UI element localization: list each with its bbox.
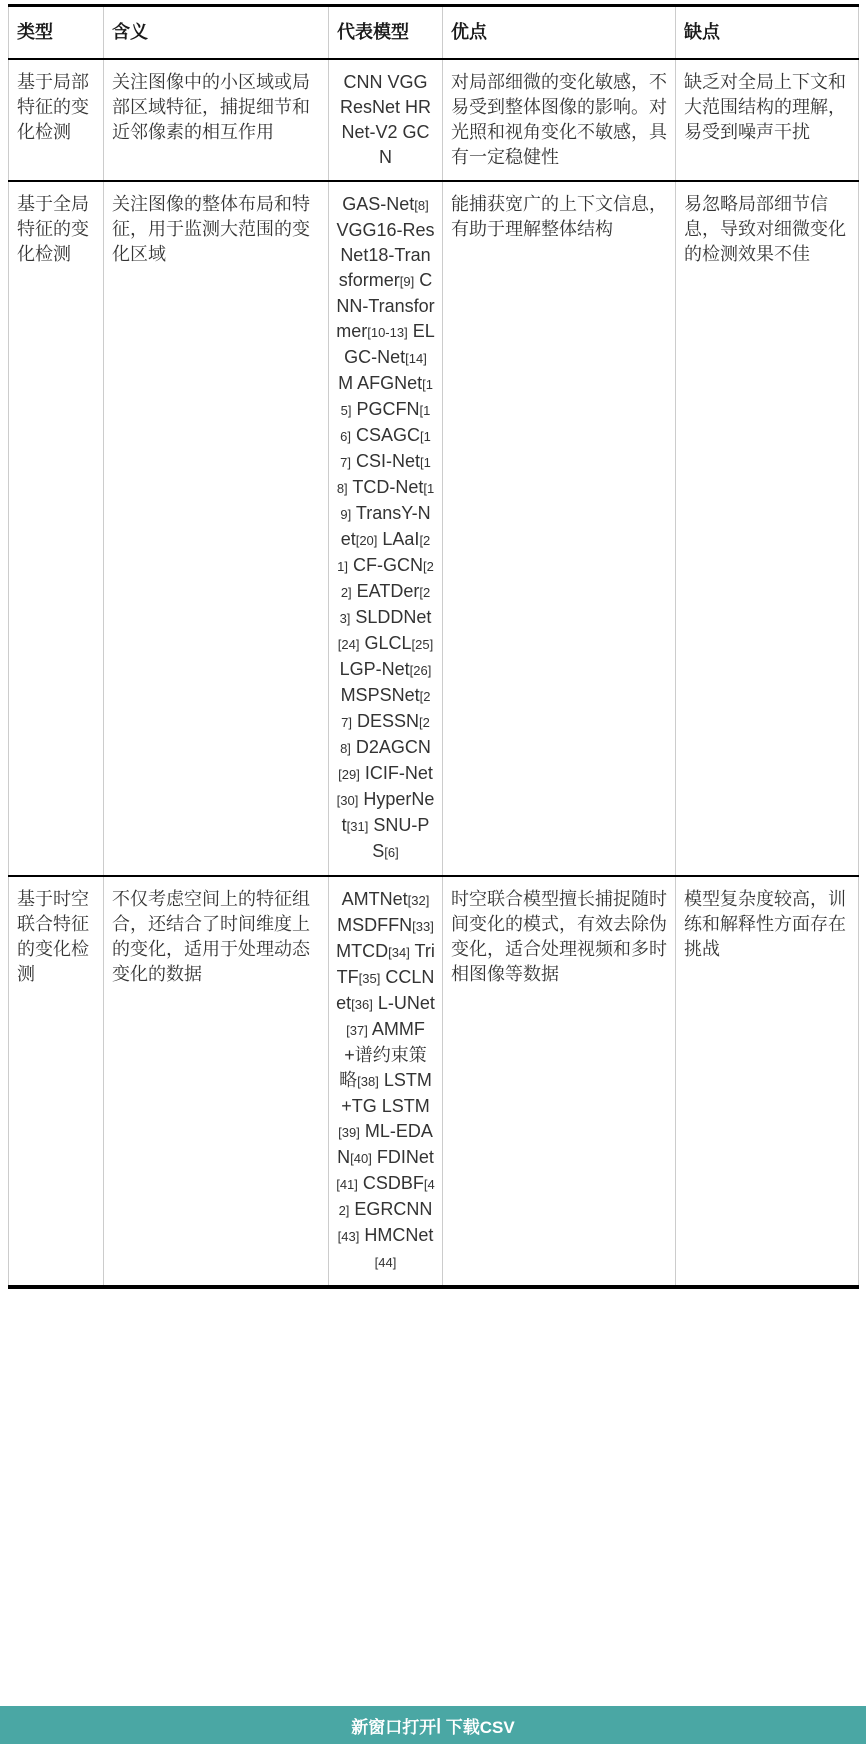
citation-ref: [37] xyxy=(346,1023,368,1038)
citation-ref: [20] xyxy=(356,533,378,548)
column-header-models: 代表模型 xyxy=(329,6,443,60)
citation-ref: [39] xyxy=(338,1125,360,1140)
table-container: 类型 含义 代表模型 优点 缺点 基于局部特征的变化检测关注图像中的小区域或局部… xyxy=(8,4,858,1289)
table-body: 基于局部特征的变化检测关注图像中的小区域或局部区域特征，捕捉细节和近邻像素的相互… xyxy=(9,59,859,1287)
column-header-type: 类型 xyxy=(9,6,104,60)
type-cell: 基于全局特征的变化检测 xyxy=(9,181,104,876)
citation-ref: [43] xyxy=(338,1229,360,1244)
citation-ref: [40] xyxy=(350,1151,372,1166)
table-row: 基于局部特征的变化检测关注图像中的小区域或局部区域特征，捕捉细节和近邻像素的相互… xyxy=(9,59,859,181)
citation-ref: [28] xyxy=(340,715,430,756)
models-cell: GAS-Net[8] VGG16-Res Net18-Transformer[9… xyxy=(329,181,443,876)
meaning-cell: 不仅考虑空间上的特征组合，还结合了时间维度上的变化，适用于处理动态变化的数据 xyxy=(104,876,329,1287)
citation-ref: [19] xyxy=(340,481,434,522)
citation-ref: [24] xyxy=(338,637,360,652)
citation-ref: [27] xyxy=(341,689,430,730)
advantages-cell: 能捕获宽广的上下文信息，有助于理解整体结构 xyxy=(443,181,676,876)
advantages-cell: 对局部细微的变化敏感，不易受到整体图像的影响。对光照和视角变化不敏感，具有一定稳… xyxy=(443,59,676,181)
citation-ref: [31] xyxy=(347,819,369,834)
table-row: 基于时空联合特征的变化检测不仅考虑空间上的特征组合，还结合了时间维度上的变化，适… xyxy=(9,876,859,1287)
meaning-cell: 关注图像的整体布局和特征，用于监测大范围的变化区域 xyxy=(104,181,329,876)
citation-ref: [23] xyxy=(340,585,431,626)
citation-ref: [16] xyxy=(340,403,430,444)
models-cell: AMTNet[32] MSDFFN[33] MTCD[34] TriTF[35]… xyxy=(329,876,443,1287)
citation-ref: [14] xyxy=(405,351,427,366)
models-cell: CNN VGG ResNet HRNet-V2 GCN xyxy=(329,59,443,181)
disadvantages-cell: 缺乏对全局上下文和大范围结构的理解，易受到噪声干扰 xyxy=(676,59,859,181)
citation-ref: [10-13] xyxy=(367,325,407,340)
meaning-cell: 关注图像中的小区域或局部区域特征，捕捉细节和近邻像素的相互作用 xyxy=(104,59,329,181)
citation-ref: [8] xyxy=(414,198,428,213)
disadvantages-cell: 易忽略局部细节信息，导致对细微变化的检测效果不佳 xyxy=(676,181,859,876)
citation-ref: [38] xyxy=(357,1074,379,1089)
advantages-cell: 时空联合模型擅长捕捉随时间变化的模式，有效去除伪变化，适合处理视频和多时相图像等… xyxy=(443,876,676,1287)
citation-ref: [30] xyxy=(337,793,359,808)
citation-ref: [44] xyxy=(375,1255,397,1270)
header-row: 类型 含义 代表模型 优点 缺点 xyxy=(9,6,859,60)
citation-ref: [29] xyxy=(338,767,360,782)
column-header-meaning: 含义 xyxy=(104,6,329,60)
citation-ref: [34] xyxy=(388,945,410,960)
citation-ref: [17] xyxy=(340,429,431,470)
citation-ref: [18] xyxy=(337,455,431,496)
table-header: 类型 含义 代表模型 优点 缺点 xyxy=(9,6,859,60)
citation-ref: [25] xyxy=(412,637,434,652)
citation-ref: [26] xyxy=(410,663,432,678)
citation-ref: [41] xyxy=(336,1177,358,1192)
open-new-window-link[interactable]: 新窗口打开 xyxy=(351,1713,436,1738)
column-header-advantages: 优点 xyxy=(443,6,676,60)
citation-ref: [35] xyxy=(359,971,381,986)
table-row: 基于全局特征的变化检测关注图像的整体布局和特征，用于监测大范围的变化区域GAS-… xyxy=(9,181,859,876)
footer-separator: | xyxy=(436,1715,445,1735)
download-csv-link[interactable]: 下载CSV xyxy=(446,1713,515,1738)
citation-ref: [6] xyxy=(384,845,398,860)
column-header-disadvantages: 缺点 xyxy=(676,6,859,60)
citation-ref: [9] xyxy=(400,274,414,289)
citation-ref: [32] xyxy=(408,893,430,908)
citation-ref: [21] xyxy=(337,533,430,574)
disadvantages-cell: 模型复杂度较高，训练和解释性方面存在挑战 xyxy=(676,876,859,1287)
type-cell: 基于时空联合特征的变化检测 xyxy=(9,876,104,1287)
table-actions-bar: 新窗口打开 | 下载CSV xyxy=(0,1706,866,1744)
citation-ref: [33] xyxy=(412,919,434,934)
model-comparison-table: 类型 含义 代表模型 优点 缺点 基于局部特征的变化检测关注图像中的小区域或局部… xyxy=(8,4,859,1289)
citation-ref: [36] xyxy=(351,997,373,1012)
type-cell: 基于局部特征的变化检测 xyxy=(9,59,104,181)
